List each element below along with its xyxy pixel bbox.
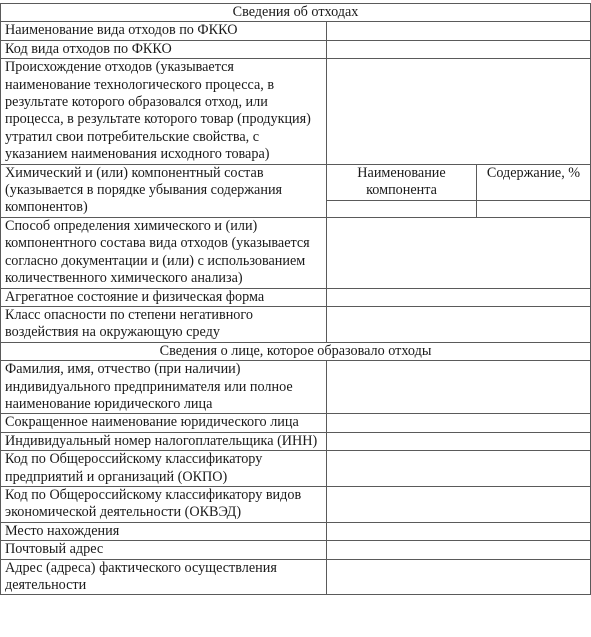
field-label-okpo: Код по Общероссийскому классификатору пр… [1, 451, 327, 487]
field-value-waste-origin[interactable] [327, 59, 591, 164]
waste-info-form: Сведения об отходах Наименование вида от… [0, 3, 591, 595]
field-value-postal-address[interactable] [327, 541, 591, 559]
field-label-location: Место нахождения [1, 522, 327, 540]
field-label-fkko-name: Наименование вида отходов по ФККО [1, 22, 327, 40]
subtable-cell-content-percent[interactable] [477, 200, 591, 217]
field-label-physical-state: Агрегатное состояние и физическая форма [1, 288, 327, 306]
table-row: Происхождение отходов (указывается наиме… [1, 59, 591, 164]
field-value-full-name[interactable] [327, 361, 591, 414]
field-label-full-name: Фамилия, имя, отчество (при наличии) инд… [1, 361, 327, 414]
section-header-waste-info: Сведения об отходах [1, 4, 591, 22]
table-row: Место нахождения [1, 522, 591, 540]
section-title: Сведения о лице, которое образовало отхо… [1, 342, 591, 360]
field-value-hazard-class[interactable] [327, 306, 591, 342]
field-value-inn[interactable] [327, 432, 591, 450]
field-label-okved: Код по Общероссийскому классификатору ви… [1, 486, 327, 522]
subtable-header-component-name: Наименование компонента [327, 164, 477, 200]
table-row: Наименование вида отходов по ФККО [1, 22, 591, 40]
table-row: Агрегатное состояние и физическая форма [1, 288, 591, 306]
field-value-location[interactable] [327, 522, 591, 540]
table-row: Сокращенное наименование юридического ли… [1, 414, 591, 432]
table-row: Класс опасности по степени негативного в… [1, 306, 591, 342]
field-value-okpo[interactable] [327, 451, 591, 487]
field-label-short-name: Сокращенное наименование юридического ли… [1, 414, 327, 432]
subtable-cell-component-name[interactable] [327, 200, 477, 217]
field-label-actual-address: Адрес (адреса) фактического осуществлени… [1, 559, 327, 595]
field-value-actual-address[interactable] [327, 559, 591, 595]
field-value-fkko-name[interactable] [327, 22, 591, 40]
field-label-postal-address: Почтовый адрес [1, 541, 327, 559]
table-row: Способ определения химического и (или) к… [1, 217, 591, 288]
table-row: Химический и (или) компонентный состав (… [1, 164, 591, 200]
field-value-physical-state[interactable] [327, 288, 591, 306]
field-value-fkko-code[interactable] [327, 40, 591, 58]
table-row: Индивидуальный номер налогоплательщика (… [1, 432, 591, 450]
section-title: Сведения об отходах [1, 4, 591, 22]
field-label-inn: Индивидуальный номер налогоплательщика (… [1, 432, 327, 450]
section-header-generator-info: Сведения о лице, которое образовало отхо… [1, 342, 591, 360]
field-label-fkko-code: Код вида отходов по ФККО [1, 40, 327, 58]
field-label-composition-method: Способ определения химического и (или) к… [1, 217, 327, 288]
field-label-composition: Химический и (или) компонентный состав (… [1, 164, 327, 217]
field-value-composition-method[interactable] [327, 217, 591, 288]
table-row: Код по Общероссийскому классификатору ви… [1, 486, 591, 522]
field-label-waste-origin: Происхождение отходов (указывается наиме… [1, 59, 327, 164]
field-value-short-name[interactable] [327, 414, 591, 432]
table-row: Адрес (адреса) фактического осуществлени… [1, 559, 591, 595]
table-row: Код вида отходов по ФККО [1, 40, 591, 58]
table-row: Почтовый адрес [1, 541, 591, 559]
table-row: Код по Общероссийскому классификатору пр… [1, 451, 591, 487]
field-value-okved[interactable] [327, 486, 591, 522]
subtable-header-content-percent: Содержание, % [477, 164, 591, 200]
table-row: Фамилия, имя, отчество (при наличии) инд… [1, 361, 591, 414]
field-label-hazard-class: Класс опасности по степени негативного в… [1, 306, 327, 342]
